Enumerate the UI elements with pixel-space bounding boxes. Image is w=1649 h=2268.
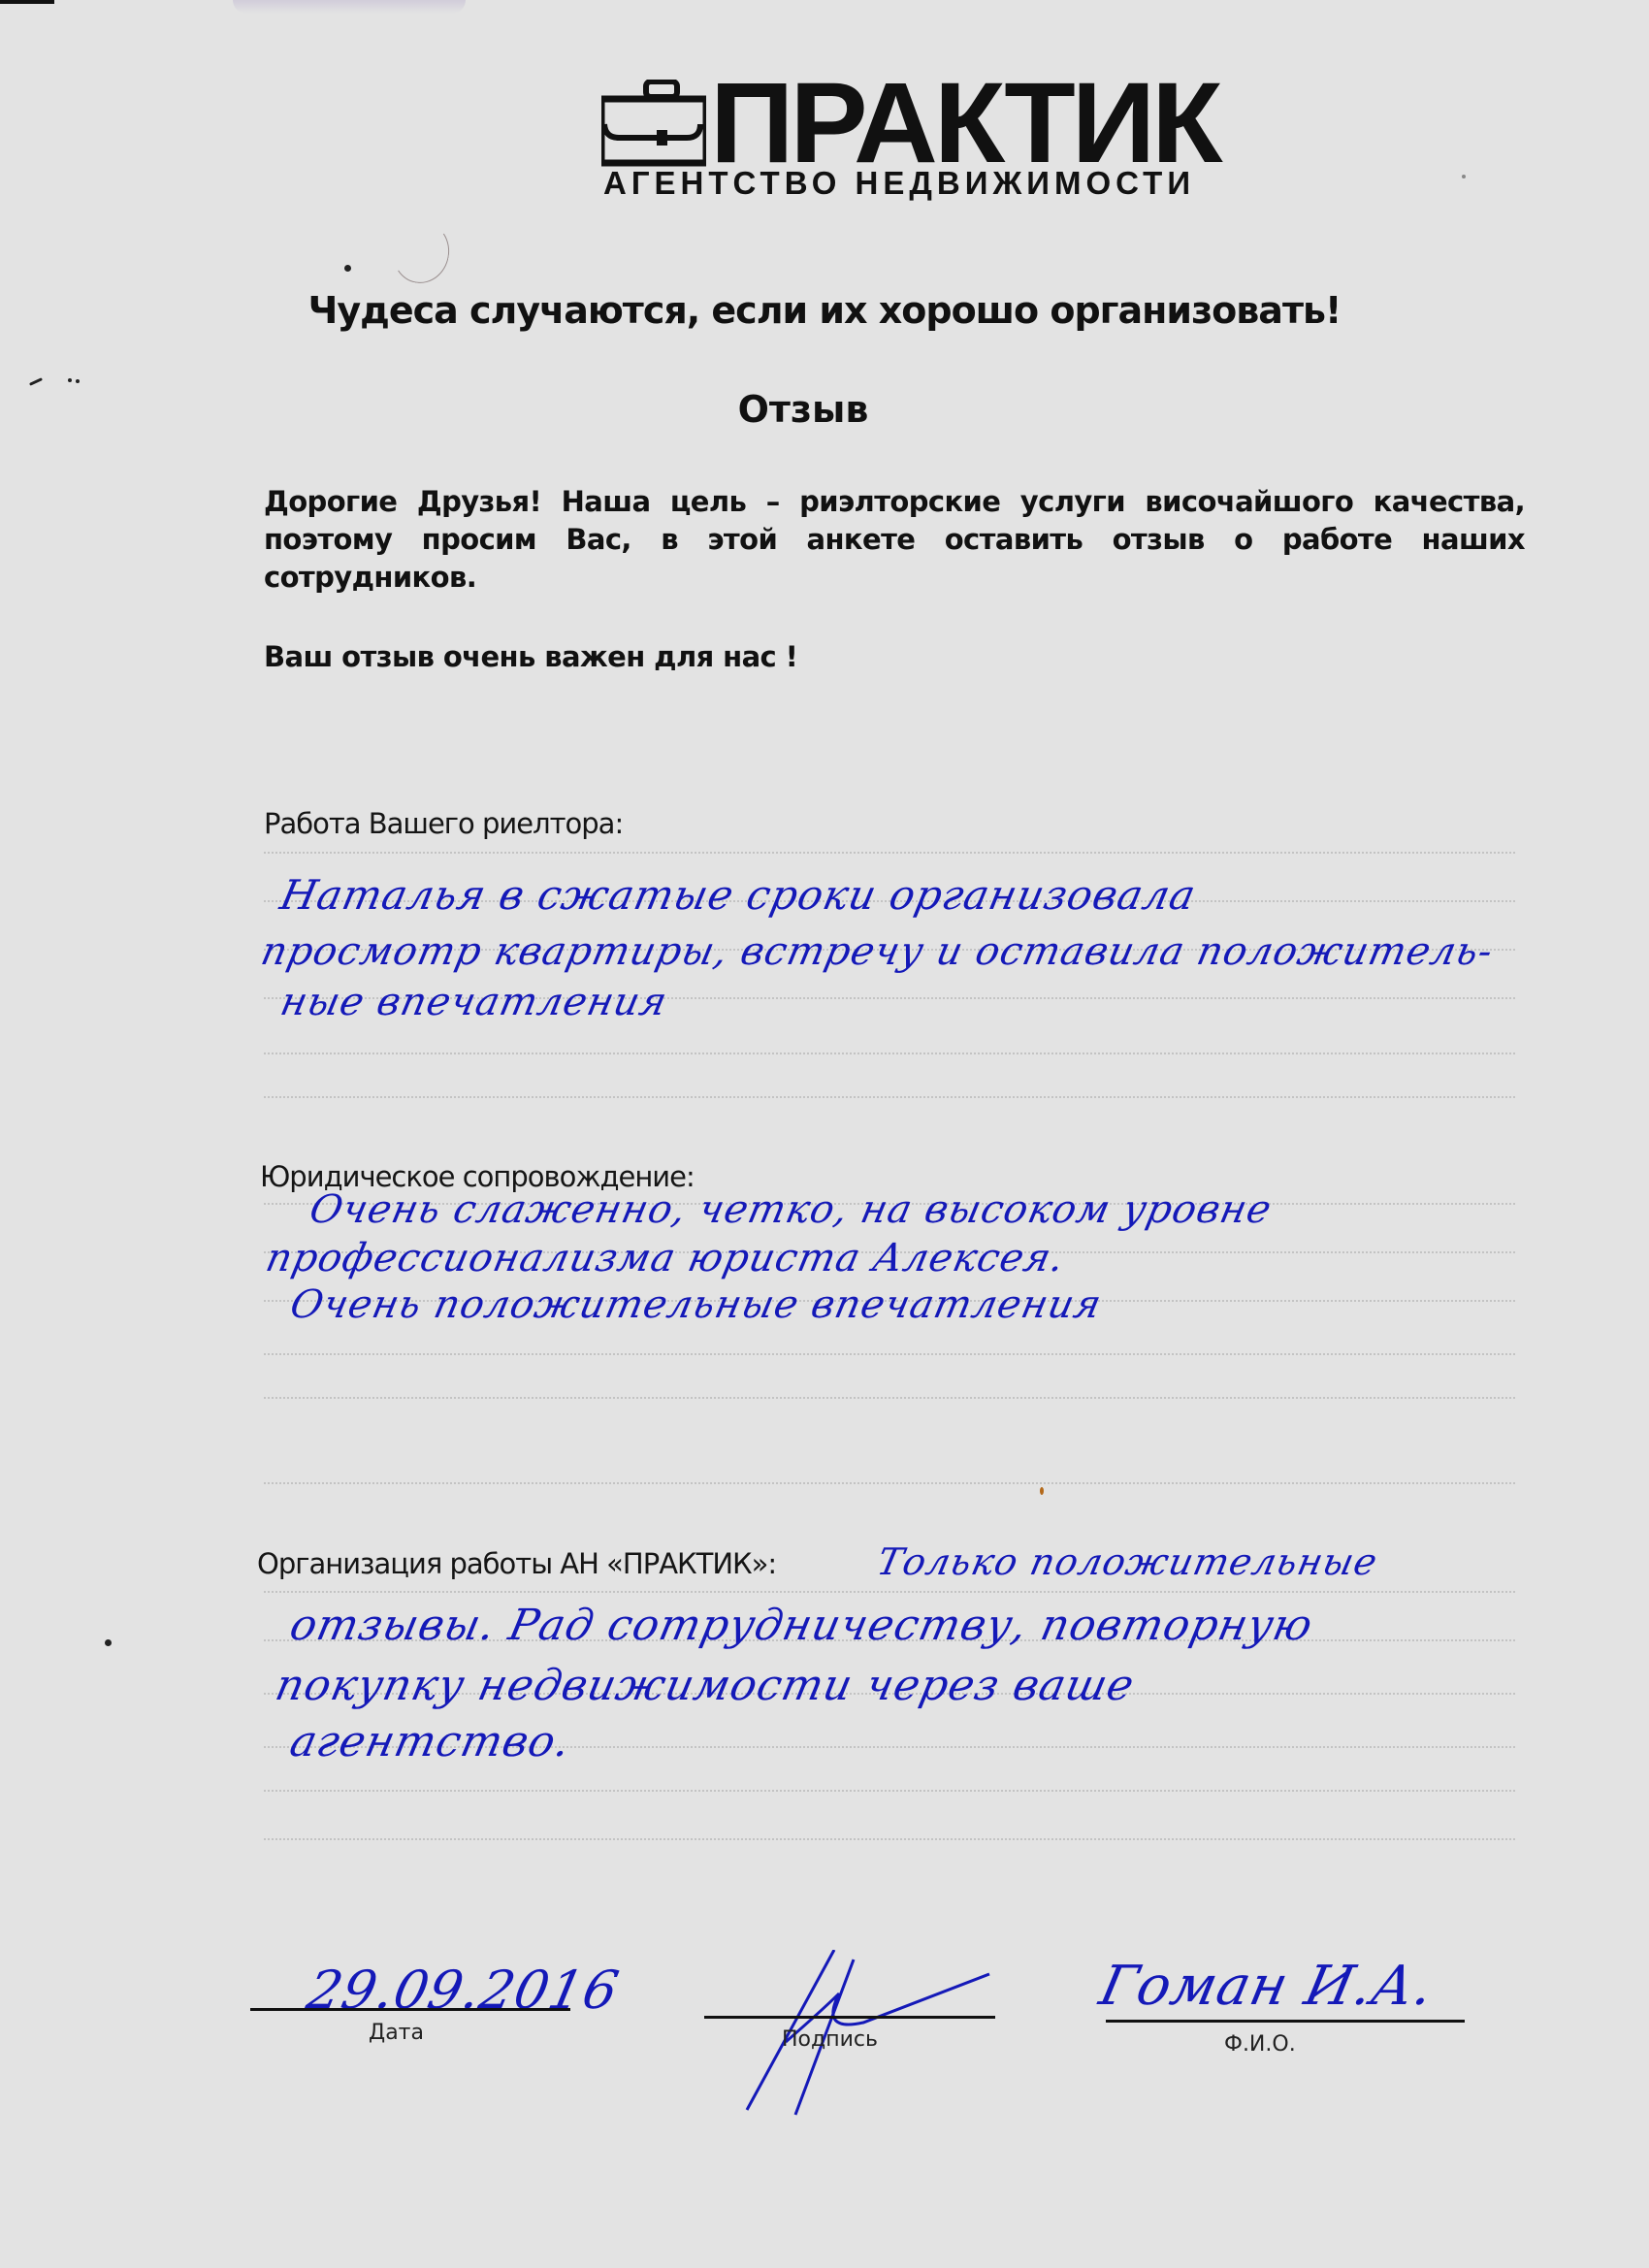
handwritten-answer-line: Очень положительные впечатления xyxy=(286,1282,1106,1327)
handwritten-answer-line: Наталья в сжатые сроки организовала xyxy=(276,871,1201,919)
section-label-organization: Организация работы АН «ПРАКТИК»: xyxy=(257,1547,776,1580)
guide-line xyxy=(264,1397,1515,1399)
scan-artifact xyxy=(68,378,72,382)
handwritten-answer-line: просмотр квартиры, встречу и оставила по… xyxy=(257,929,1498,974)
slogan: Чудеса случаются, если их хорошо организ… xyxy=(0,289,1649,332)
handwritten-answer-inline: Только положительные xyxy=(873,1540,1381,1583)
date-line xyxy=(250,2008,570,2011)
guide-line xyxy=(264,1838,1515,1840)
handwritten-answer-line: покупку недвижимости через ваше xyxy=(272,1661,1140,1710)
agency-logo: ПРАКТИК xyxy=(601,72,1209,167)
date-label: Дата xyxy=(369,2021,424,2045)
guide-line xyxy=(264,852,1515,854)
page-title: Отзыв xyxy=(0,388,1628,431)
handwritten-answer-line: Очень слаженно, четко, на высоком уровне xyxy=(306,1187,1276,1232)
scan-artifact xyxy=(1040,1487,1044,1495)
scan-artifact xyxy=(233,0,466,14)
scan-artifact xyxy=(0,0,54,4)
name-line xyxy=(1106,2020,1465,2023)
brand-subtitle: АГЕНТСТВО НЕДВИЖИМОСТИ xyxy=(603,165,1205,202)
signature-line xyxy=(704,2016,995,2019)
scan-artifact xyxy=(76,379,80,383)
guide-line xyxy=(264,1790,1515,1792)
scan-artifact xyxy=(29,377,43,386)
date-value: 29.09.2016 xyxy=(302,1960,625,2021)
guide-line xyxy=(264,1353,1515,1355)
signature-label: Подпись xyxy=(782,2027,878,2052)
guide-line xyxy=(264,1591,1515,1593)
handwritten-answer-line: ные впечатления xyxy=(276,980,671,1024)
handwritten-answer-line: отзывы. Рад сотрудничеству, повторную xyxy=(286,1601,1318,1650)
intro-emphasis: Ваш отзыв очень важен для нас ! xyxy=(264,640,797,673)
section-label-realtor: Работа Вашего риелтора: xyxy=(264,807,623,840)
briefcase-icon xyxy=(601,80,706,167)
name-value: Гоман И.А. xyxy=(1094,1955,1439,2018)
name-label: Ф.И.О. xyxy=(1224,2032,1296,2057)
handwritten-answer-line: агентство. xyxy=(286,1717,576,1766)
guide-line xyxy=(264,1053,1515,1054)
scan-artifact xyxy=(344,265,351,272)
scan-artifact xyxy=(388,216,454,287)
handwritten-answer-line: профессионализма юриста Алексея. xyxy=(262,1236,1069,1280)
guide-line xyxy=(264,1096,1515,1098)
scan-artifact xyxy=(105,1639,112,1646)
scan-artifact xyxy=(1462,175,1466,178)
brand-name: ПРАКТИК xyxy=(710,80,1219,167)
intro-paragraph: Дорогие Друзья! Наша цель – риэлторские … xyxy=(264,483,1525,597)
guide-line xyxy=(264,1482,1515,1484)
